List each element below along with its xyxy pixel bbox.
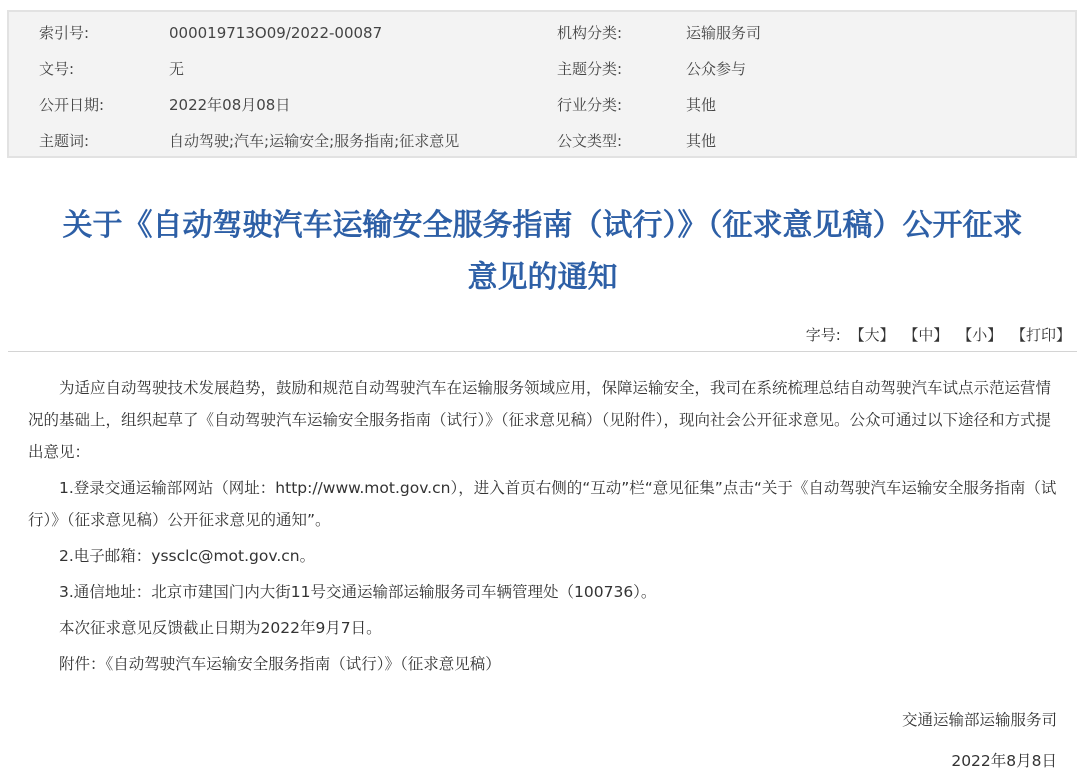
item-2-paragraph: 2.电子邮箱：yssclc@mot.gov.cn。 — [28, 540, 1060, 572]
attachment-label: 附件： — [59, 655, 106, 673]
keywords-label: 主题词: — [39, 123, 89, 159]
doc-number-label: 文号: — [39, 51, 74, 87]
font-size-controls: 字号: 【大】 【中】 【小】 【打印】 — [806, 324, 1071, 345]
keywords-value: 自动驾驶;汽车;运输安全;服务指南;征求意见 — [169, 123, 459, 159]
agency-category-value: 运输服务司 — [686, 15, 761, 51]
metadata-row: 文号: 无 主题分类: 公众参与 — [9, 51, 1075, 87]
doc-type-label: 公文类型: — [557, 123, 622, 159]
attachment-link[interactable]: 《自动驾驶汽车运输安全服务指南（试行）》（征求意见稿） — [106, 655, 501, 673]
signature-org: 交通运输部运输服务司 — [902, 708, 1057, 730]
index-number-label: 索引号: — [39, 15, 89, 51]
metadata-row: 公开日期: 2022年08月08日 行业分类: 其他 — [9, 87, 1075, 123]
doc-number-value: 无 — [169, 51, 184, 87]
metadata-panel: 索引号: 000019713O09/2022-00087 机构分类: 运输服务司… — [7, 10, 1077, 158]
title-line-2: 意见的通知 — [10, 252, 1075, 304]
publish-date-value: 2022年08月08日 — [169, 87, 290, 123]
font-medium-button[interactable]: 【中】 — [903, 326, 948, 344]
doc-type-value: 其他 — [686, 123, 716, 159]
topic-category-label: 主题分类: — [557, 51, 622, 87]
intro-paragraph: 为适应自动驾驶技术发展趋势，鼓励和规范自动驾驶汽车在运输服务领域应用，保障运输安… — [28, 372, 1060, 468]
title-line-1: 关于《自动驾驶汽车运输安全服务指南（试行）》（征求意见稿）公开征求 — [10, 200, 1075, 252]
topic-category-value: 公众参与 — [686, 51, 746, 87]
industry-category-label: 行业分类: — [557, 87, 622, 123]
deadline-paragraph: 本次征求意见反馈截止日期为2022年9月7日。 — [28, 612, 1060, 644]
industry-category-value: 其他 — [686, 87, 716, 123]
font-large-button[interactable]: 【大】 — [850, 326, 895, 344]
metadata-row: 索引号: 000019713O09/2022-00087 机构分类: 运输服务司 — [9, 15, 1075, 51]
item-3-paragraph: 3.通信地址：北京市建国门内大街11号交通运输部运输服务司车辆管理处（10073… — [28, 576, 1060, 608]
print-button[interactable]: 【打印】 — [1011, 326, 1071, 344]
attachment-paragraph: 附件：《自动驾驶汽车运输安全服务指南（试行）》（征求意见稿） — [28, 648, 1060, 680]
item-1-paragraph: 1.登录交通运输部网站（网址：http://www.mot.gov.cn），进入… — [28, 472, 1060, 536]
metadata-row: 主题词: 自动驾驶;汽车;运输安全;服务指南;征求意见 公文类型: 其他 — [9, 123, 1075, 159]
agency-category-label: 机构分类: — [557, 15, 622, 51]
divider — [8, 351, 1077, 352]
font-small-button[interactable]: 【小】 — [957, 326, 1002, 344]
font-size-label: 字号: — [806, 326, 841, 344]
publish-date-label: 公开日期: — [39, 87, 104, 123]
index-number-value: 000019713O09/2022-00087 — [169, 15, 382, 51]
page-title: 关于《自动驾驶汽车运输安全服务指南（试行）》（征求意见稿）公开征求 意见的通知 — [0, 200, 1085, 304]
signature-date: 2022年8月8日 — [951, 749, 1057, 771]
article-body: 为适应自动驾驶技术发展趋势，鼓励和规范自动驾驶汽车在运输服务领域应用，保障运输安… — [28, 372, 1060, 682]
